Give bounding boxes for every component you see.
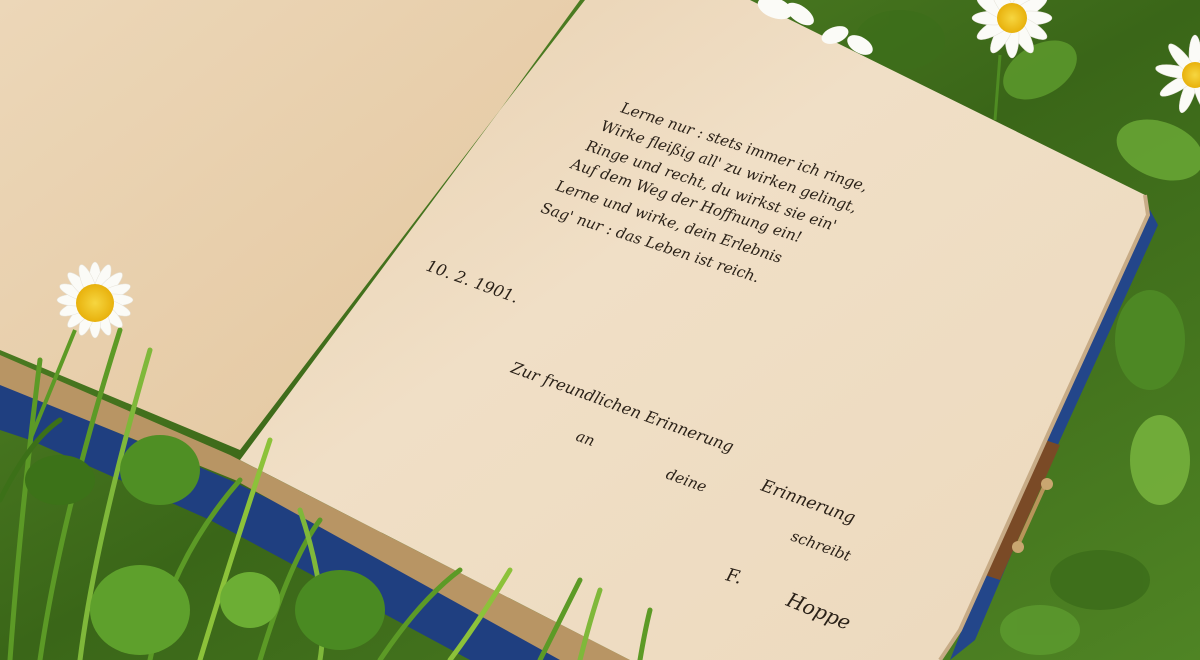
book-on-grass-photo: Lerne nur : stets immer ich ringe, Wirke… — [0, 0, 1200, 660]
photo-scene: Lerne nur : stets immer ich ringe, Wirke… — [0, 0, 1200, 660]
